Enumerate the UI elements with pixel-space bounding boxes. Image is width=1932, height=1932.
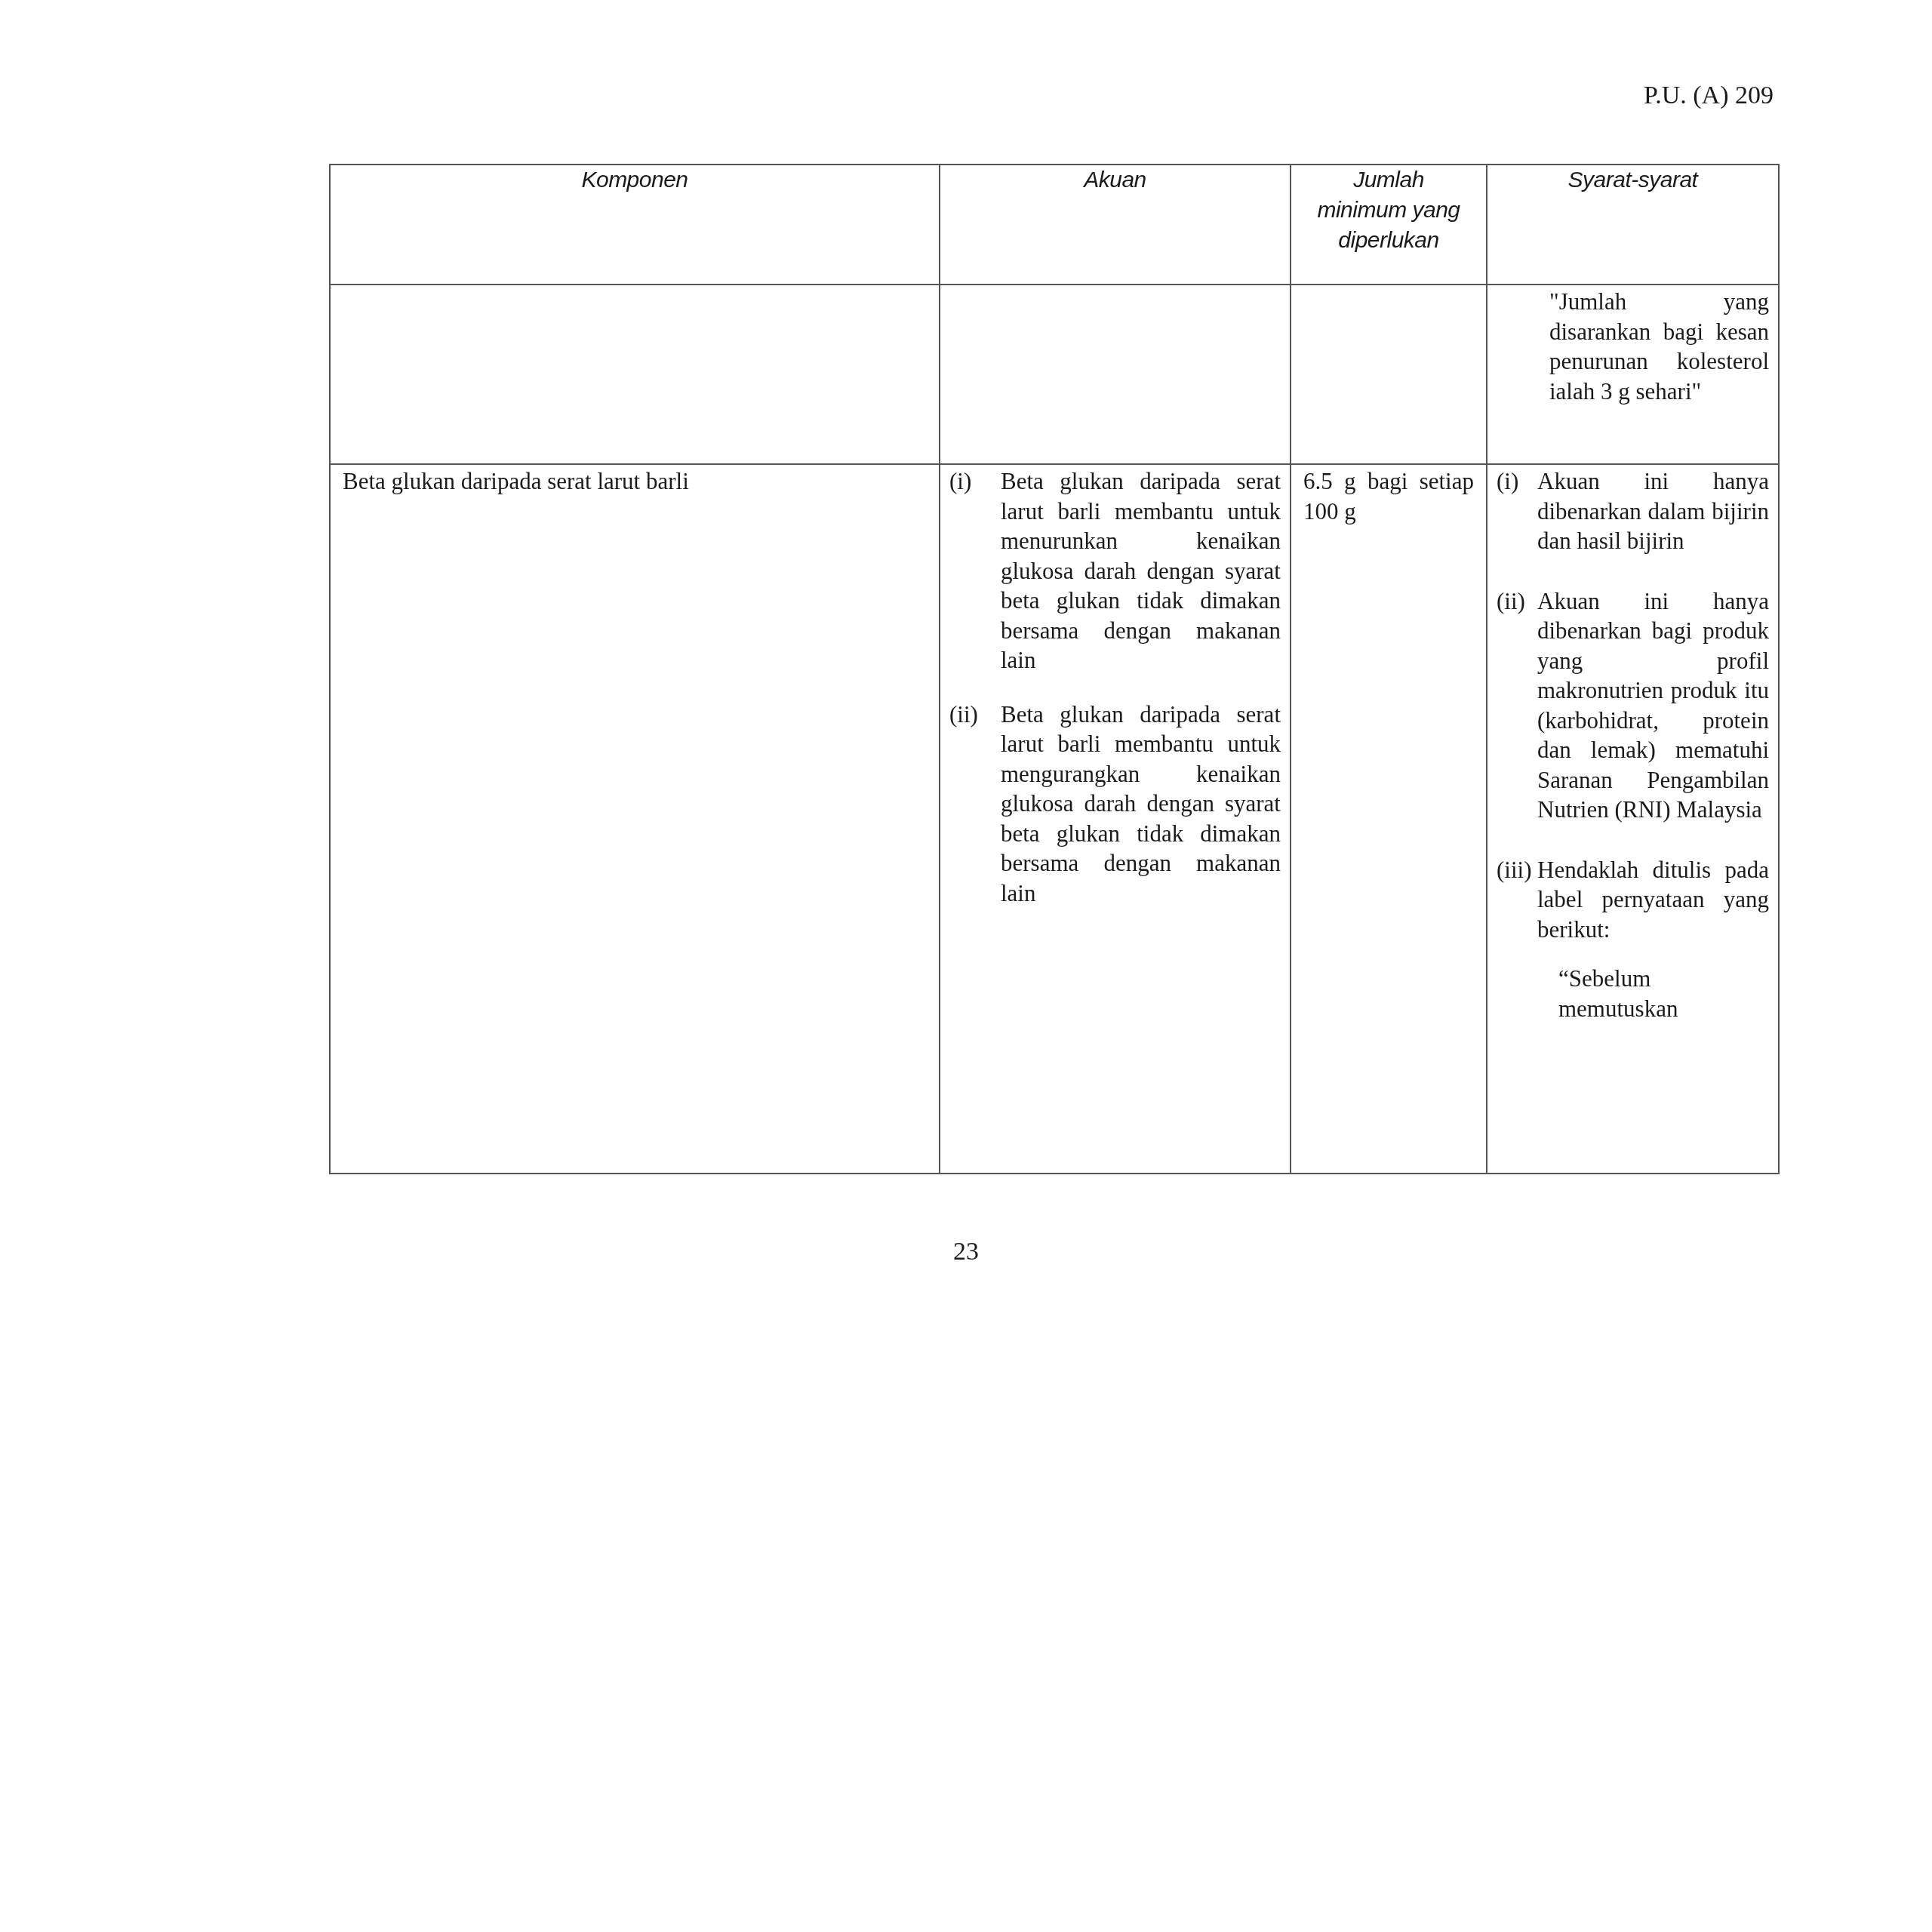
akuan-item-label: (ii) (949, 700, 1001, 730)
cell-komponen (330, 285, 940, 464)
akuan-item-label: (i) (949, 466, 1001, 497)
cell-jumlah (1291, 285, 1487, 464)
cell-syarat: (i) Akuan ini hanya dibenarkan dalam bij… (1487, 464, 1779, 1174)
header-akuan-label: Akuan (1084, 168, 1146, 192)
page-number: 23 (906, 1238, 1026, 1266)
syarat-item-label: (ii) (1497, 586, 1537, 617)
header-jumlah-line1: Jumlah (1353, 168, 1424, 192)
akuan-item: (i) Beta glukan daripada serat larut bar… (949, 466, 1281, 675)
header-syarat: Syarat-syarat (1487, 165, 1779, 285)
syarat-item-label: (iii) (1497, 855, 1537, 885)
cell-komponen: Beta glukan daripada serat larut barli (330, 464, 940, 1174)
header-jumlah-line3: diperlukan (1338, 228, 1438, 253)
header-komponen-label: Komponen (581, 168, 688, 192)
header-jumlah-line2: minimum yang (1317, 198, 1460, 223)
cell-akuan: (i) Beta glukan daripada serat larut bar… (940, 464, 1291, 1174)
syarat-item-text: Akuan ini hanya dibenarkan dalam bijirin… (1537, 466, 1769, 556)
syarat-item-text: Akuan ini hanya dibenarkan bagi produk y… (1537, 586, 1769, 825)
table-header-row: Komponen Akuan Jumlah minimum yang diper… (330, 165, 1779, 285)
syarat-quote-continuation: "Jumlah yang disarankan bagi kesan penur… (1549, 285, 1778, 406)
cell-jumlah: 6.5 g bagi setiap 100 g (1291, 464, 1487, 1174)
akuan-item-text: Beta glukan daripada serat larut barli m… (1001, 466, 1281, 675)
akuan-item-text: Beta glukan daripada serat larut barli m… (1001, 700, 1281, 909)
header-komponen: Komponen (330, 165, 940, 285)
table-row: Beta glukan daripada serat larut barli (… (330, 464, 1779, 1174)
syarat-quote: “Sebelum memutuskan (1558, 964, 1769, 1023)
header-jumlah: Jumlah minimum yang diperlukan (1291, 165, 1487, 285)
cell-syarat: "Jumlah yang disarankan bagi kesan penur… (1487, 285, 1779, 464)
syarat-item-label: (i) (1497, 466, 1537, 497)
komponen-text: Beta glukan daripada serat larut barli (331, 465, 939, 497)
akuan-item: (ii) Beta glukan daripada serat larut ba… (949, 700, 1281, 909)
table-row-continuation: "Jumlah yang disarankan bagi kesan penur… (330, 285, 1779, 464)
claims-table: Komponen Akuan Jumlah minimum yang diper… (329, 164, 1780, 1174)
syarat-item: (iii) Hendaklah ditulis pada label perny… (1497, 855, 1769, 945)
cell-akuan (940, 285, 1291, 464)
page-reference: P.U. (A) 209 (1509, 82, 1774, 110)
jumlah-text: 6.5 g bagi setiap 100 g (1291, 465, 1486, 526)
syarat-item: (ii) Akuan ini hanya dibenarkan bagi pro… (1497, 586, 1769, 825)
header-syarat-label: Syarat-syarat (1568, 168, 1698, 192)
syarat-item-text: Hendaklah ditulis pada label pernyataan … (1537, 855, 1769, 945)
syarat-item: (i) Akuan ini hanya dibenarkan dalam bij… (1497, 466, 1769, 556)
header-akuan: Akuan (940, 165, 1291, 285)
